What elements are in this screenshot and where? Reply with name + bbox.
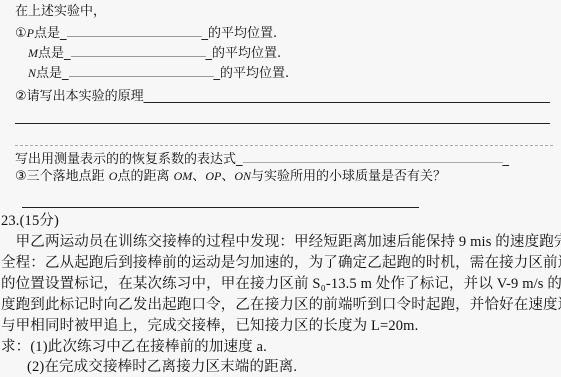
intro-text: 在上述实验中， [15,3,106,20]
sep: 、 [221,169,234,184]
ask-line-1: 求：(1)此次练习中乙在接棒前的加速度 a. [1,337,267,357]
q3-answer-line[interactable] [22,207,419,208]
formula-tail: _ [503,152,510,167]
segment-om: OM [174,169,193,183]
principle-answer-line-3[interactable] [15,145,553,146]
row-suffix: 点是_ [38,46,71,61]
row-tail: _的平均位置. [214,66,290,81]
paragraph-line-2: 全程：乙从起跑后到接棒前的运动是匀加速的，为了确定乙起跑的时机，需在接力区前适当 [1,253,561,273]
sep: 、 [192,169,205,184]
paragraph-line-3: 的位置设置标记，在某次练习中，甲在接力区前 S₀-13.5 m 处作了标记，并以… [1,274,561,294]
circled-one: ① [15,26,27,41]
point-label-m: M [28,46,38,60]
point-label-p: P [27,26,34,40]
segment-op: OP [205,169,221,183]
q1-row-n: N点是__的平均位置. [28,63,289,82]
principle-answer-line-2[interactable] [15,123,550,124]
formula-prompt: 写出用测量表示的的恢复系数的表达式__ [15,149,509,168]
q3-question: ③三个落地点距 O点的距离 OM、OP、ON与实验所用的小球质量是否有关？ [15,168,446,185]
formula-prompt-text: 写出用测量表示的的恢复系数的表达式_ [15,152,243,167]
blank-n[interactable] [69,63,214,77]
principle-answer-line-1[interactable] [150,102,550,103]
blank-p[interactable] [67,23,202,37]
q2-prompt: ②请写出本实验的原理_ [15,88,150,105]
problem-23-header: 23.(15分) [1,211,59,231]
q3-mid: 点的距离 [117,169,169,184]
q3-suffix: 与实验所用的小球质量是否有关？ [251,169,446,184]
row-tail: _的平均位置. [206,46,282,61]
question-1: (1)此次练习中乙在接棒前的加速度 a. [30,339,267,355]
ask-label: 求： [1,339,30,355]
q3-prefix: ③三个落地点距 [15,169,105,184]
row-suffix: 点是_ [36,66,69,81]
paragraph-line-5: 与甲相同时被甲追上，完成交接棒，已知接力区的长度为 L=20m. [1,316,418,336]
formula-blank[interactable] [243,149,503,163]
q1-row-m: M点是__的平均位置. [28,43,281,62]
point-label-n: N [28,66,36,80]
row-suffix: 点是_ [34,26,67,41]
blank-m[interactable] [71,43,206,57]
q1-row-p: ①P点是__的平均位置. [15,23,277,42]
question-2: (2)在完成交接棒时乙离接力区末端的距离. [27,357,297,377]
paragraph-line-4: 度跑到此标记时向乙发出起跑口令，乙在接力区的前端听到口令时起跑，并恰好在速度达到 [1,295,561,315]
segment-on: ON [234,169,251,183]
row-tail: _的平均位置. [202,26,278,41]
q2-prompt-text: ②请写出本实验的原理_ [15,89,150,104]
paragraph-line-1: 甲乙两运动员在训练交接棒的过程中发现：甲经短距离加速后能保持 9 mis 的速度… [1,232,561,252]
